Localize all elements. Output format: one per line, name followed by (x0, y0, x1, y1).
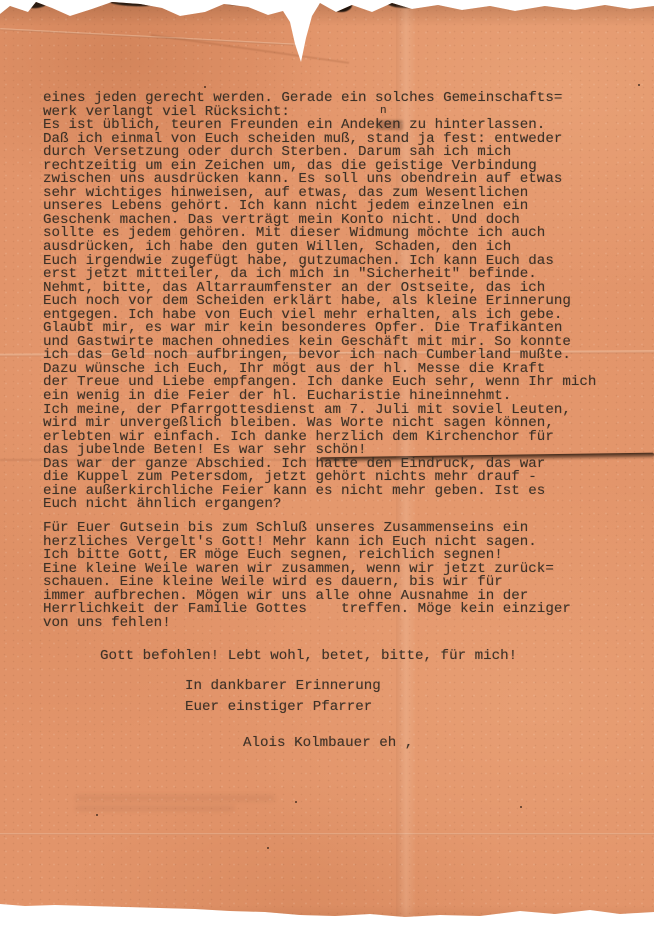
letter-paragraph-2: Für Euer Gutsein bis zum Schluß unseres … (43, 522, 643, 630)
inserted-letter-correction: n (380, 106, 387, 117)
letter-remembrance-line: In dankbarer Erinnerung (185, 680, 643, 694)
letter-former-pastor-line: Euer einstiger Pfarrer (185, 701, 643, 715)
paper-tear-mark (386, 0, 424, 9)
paper-tear-mark (108, 0, 156, 7)
paper-sheet: eines jeden gerecht werden. Gerade ein s… (0, 0, 654, 925)
paper-speck (638, 84, 640, 86)
letter-line: von uns fehlen! (43, 617, 643, 631)
paper-speck (520, 806, 522, 808)
paper-speck (295, 801, 297, 803)
fold-crease (0, 833, 654, 835)
letter-farewell-line: Gott befohlen! Lebt wohl, betet, bitte, … (100, 650, 643, 664)
paper-speck (96, 814, 98, 816)
scanned-letter: eines jeden gerecht werden. Gerade ein s… (0, 0, 654, 925)
letter-paragraph-1: eines jeden gerecht werden. Gerade ein s… (43, 92, 643, 512)
paper-tear-mark (444, 0, 455, 4)
paper-speck (204, 86, 206, 88)
fold-crease (0, 28, 300, 46)
letter-signature: Alois Kolmbauer eh , (243, 737, 643, 751)
paper-tear-mark (226, 0, 252, 6)
fold-crease (151, 34, 349, 64)
letter-line: Euch nicht ähnlich ergangen? (43, 498, 643, 512)
paper-tear-mark (25, 0, 48, 9)
paper-speck (267, 847, 269, 849)
paper-tear-mark (330, 0, 352, 12)
paper-smudge (75, 795, 275, 801)
letter-body: eines jeden gerecht werden. Gerade ein s… (43, 92, 643, 751)
paper-smudge (75, 806, 235, 811)
